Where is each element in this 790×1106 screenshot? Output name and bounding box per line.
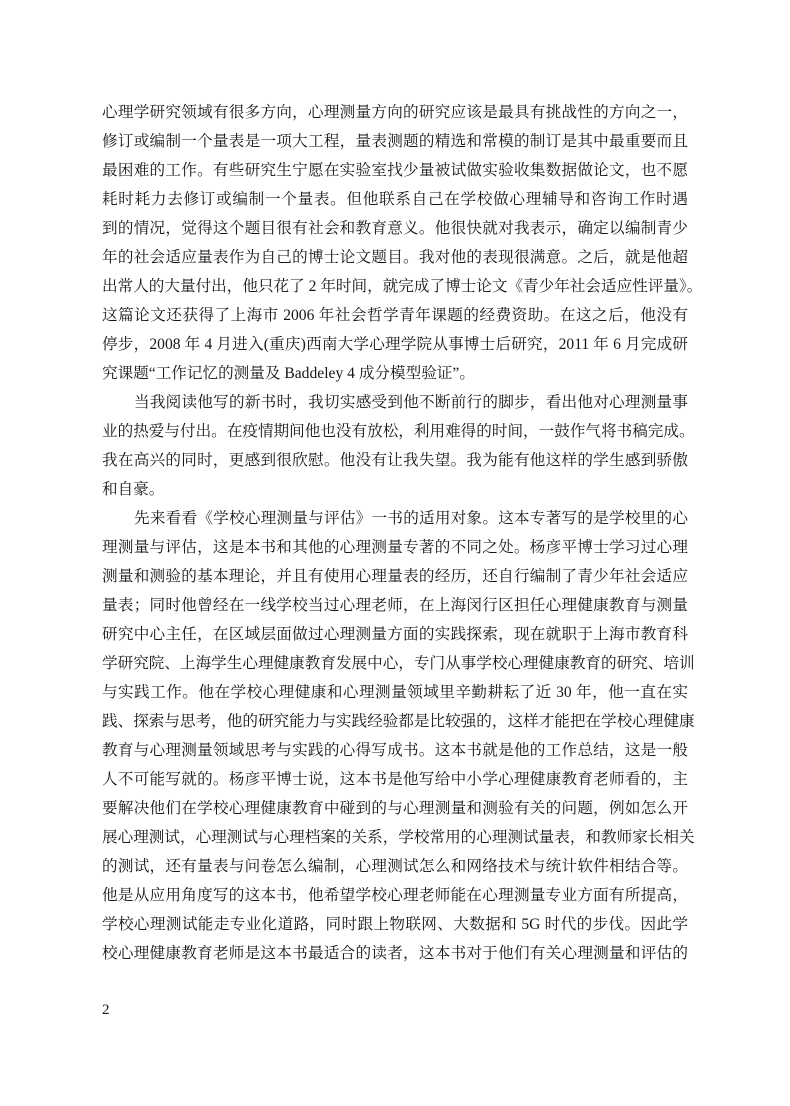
text-line: 他是从应用角度写的这本书，他希望学校心理老师能在心理测量专业方面有所提高， — [102, 881, 688, 910]
text-line: 人不可能写就的。杨彦平博士说，这本书是他写给中小学心理健康教育老师看的，主 — [102, 765, 688, 794]
text-line-paragraph-start: 当我阅读他写的新书时，我切实感受到他不断前行的脚步，看出他对心理测量事 — [102, 388, 688, 417]
text-line: 教育与心理测量领域思考与实践的心得写成书。这本书就是他的工作总结，这是一般 — [102, 736, 688, 765]
text-line: 测量和测验的基本理论，并且有使用心理量表的经历，还自行编制了青少年社会适应 — [102, 562, 688, 591]
text-line: 量表；同时他曾经在一线学校当过心理老师，在上海闵行区担任心理健康教育与测量 — [102, 591, 688, 620]
text-line: 心理学研究领域有很多方向，心理测量方向的研究应该是最具有挑战性的方向之一， — [102, 98, 688, 127]
page-number: 2 — [102, 1000, 110, 1020]
text-line-paragraph-start: 先来看看《学校心理测量与评估》一书的适用对象。这本专著写的是学校里的心 — [102, 504, 688, 533]
text-line: 校心理健康教育老师是这本书最适合的读者，这本书对于他们有关心理测量和评估的 — [102, 939, 688, 968]
text-line: 业的热爱与付出。在疫情期间他也没有放松，利用难得的时间，一鼓作气将书稿完成。 — [102, 417, 688, 446]
text-line: 要解决他们在学校心理健康教育中碰到的与心理测量和测验有关的问题，例如怎么开 — [102, 794, 688, 823]
document-page: 心理学研究领域有很多方向，心理测量方向的研究应该是最具有挑战性的方向之一， 修订… — [0, 0, 790, 1106]
text-line: 到的情况，觉得这个题目很有社会和教育意义。他很快就对我表示，确定以编制青少 — [102, 214, 688, 243]
text-line: 我在高兴的同时，更感到很欣慰。他没有让我失望。我为能有他这样的学生感到骄傲 — [102, 446, 688, 475]
text-line: 这篇论文还获得了上海市 2006 年社会哲学青年课题的经费资助。在这之后，他没有 — [102, 301, 688, 330]
text-line: 与实践工作。他在学校心理健康和心理测量领域里辛勤耕耘了近 30 年，他一直在实 — [102, 678, 688, 707]
text-line: 理测量与评估，这是本书和其他的心理测量专著的不同之处。杨彦平博士学习过心理 — [102, 533, 688, 562]
text-line: 耗时耗力去修订或编制一个量表。但他联系自己在学校做心理辅导和咨询工作时遇 — [102, 185, 688, 214]
text-line: 的测试，还有量表与问卷怎么编制，心理测试怎么和网络技术与统计软件相结合等。 — [102, 852, 688, 881]
text-line: 学研究院、上海学生心理健康教育发展中心，专门从事学校心理健康教育的研究、培训 — [102, 649, 688, 678]
text-block: 心理学研究领域有很多方向，心理测量方向的研究应该是最具有挑战性的方向之一， 修订… — [102, 98, 688, 968]
text-line: 学校心理测试能走专业化道路，同时跟上物联网、大数据和 5G 时代的步伐。因此学 — [102, 910, 688, 939]
text-line: 修订或编制一个量表是一项大工程，量表测题的精选和常模的制订是其中最重要而且 — [102, 127, 688, 156]
text-line: 年的社会适应量表作为自己的博士论文题目。我对他的表现很满意。之后，就是他超 — [102, 243, 688, 272]
text-line: 最困难的工作。有些研究生宁愿在实验室找少量被试做实验收集数据做论文，也不愿 — [102, 156, 688, 185]
text-line: 践、探索与思考，他的研究能力与实践经验都是比较强的，这样才能把在学校心理健康 — [102, 707, 688, 736]
text-line: 停步，2008 年 4 月进入(重庆)西南大学心理学院从事博士后研究，2011 … — [102, 330, 688, 359]
text-line: 研究中心主任，在区域层面做过心理测量方面的实践探索，现在就职于上海市教育科 — [102, 620, 688, 649]
text-line: 展心理测试，心理测试与心理档案的关系，学校常用的心理测试量表，和教师家长相关 — [102, 823, 688, 852]
text-line-paragraph-end: 和自豪。 — [102, 475, 688, 504]
text-line-paragraph-end: 究课题“工作记忆的测量及 Baddeley 4 成分模型验证”。 — [102, 359, 688, 388]
text-line: 出常人的大量付出，他只花了 2 年时间，就完成了博士论文《青少年社会适应性评量》… — [102, 272, 688, 301]
